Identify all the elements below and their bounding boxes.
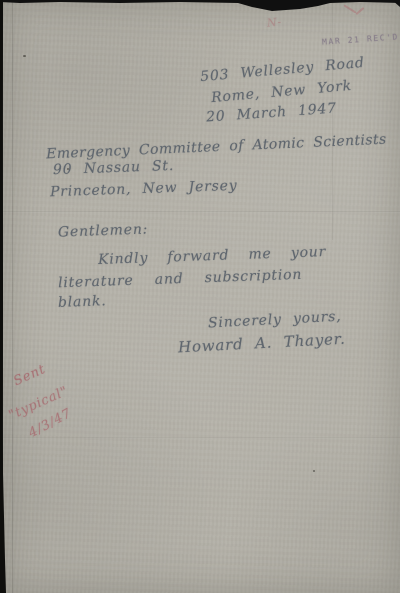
signature: Howard A. Thayer.	[178, 330, 346, 357]
recipient-line2: 90 Nassau St.	[53, 158, 175, 178]
letter-scan: MAR 21 REC'D N- 503 Wellesley Road Rome,…	[0, 0, 400, 593]
recipient-line3: Princeton, New Jersey	[50, 178, 238, 201]
closing: Sincerely yours,	[208, 309, 342, 332]
paper-speck	[313, 470, 315, 472]
salutation: Gentlemen:	[58, 221, 149, 240]
fold-crease	[3, 211, 400, 213]
body-line3: blank.	[58, 293, 107, 311]
edge-crease	[12, 0, 14, 593]
fold-crease	[3, 437, 400, 439]
red-pencil-mark	[344, 4, 357, 13]
faint-red-mark: N-	[266, 15, 282, 29]
red-annotation-line1: Sent	[11, 362, 48, 389]
red-pencil-mark	[356, 7, 365, 15]
body-line2: literature and subscription	[58, 267, 303, 292]
recipient-line1: Emergency Committee of Atomic Scientists	[46, 132, 387, 163]
body-line1: Kindly forward me your	[98, 244, 327, 268]
letter-paper: MAR 21 REC'D N- 503 Wellesley Road Rome,…	[3, 0, 400, 593]
paper-speck	[23, 55, 26, 57]
